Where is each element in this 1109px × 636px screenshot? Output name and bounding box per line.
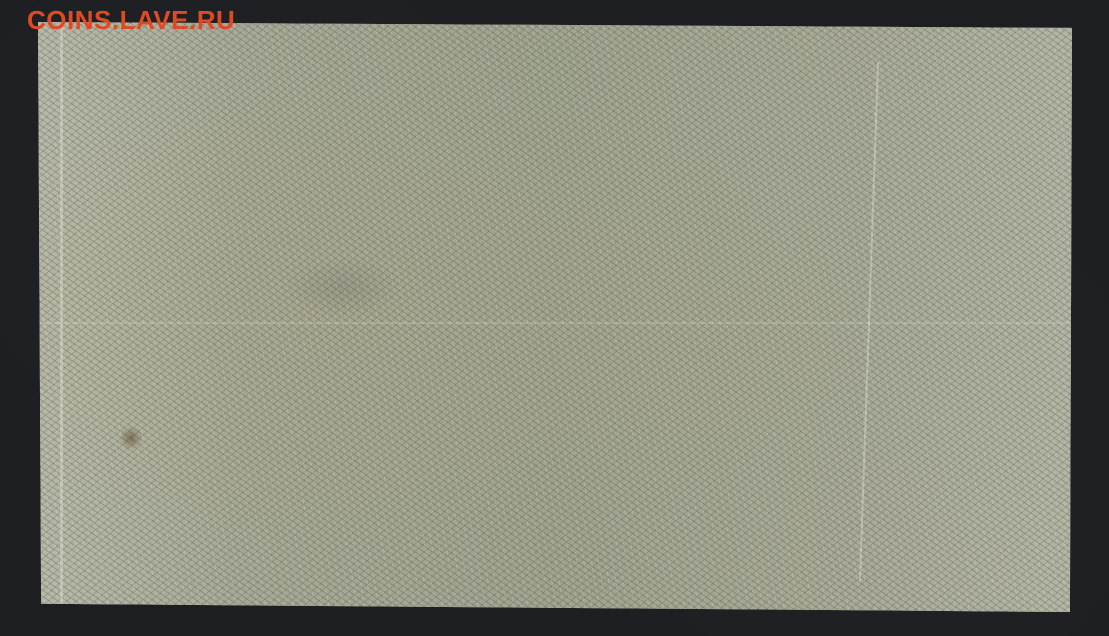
stain-spot <box>118 427 144 449</box>
fold-line-left <box>60 22 63 612</box>
site-watermark: COINS.LAVE.RU <box>27 5 235 35</box>
fold-line-horizontal <box>38 322 1072 324</box>
faded-print-mark <box>283 257 403 317</box>
banknote-reverse <box>38 22 1072 612</box>
